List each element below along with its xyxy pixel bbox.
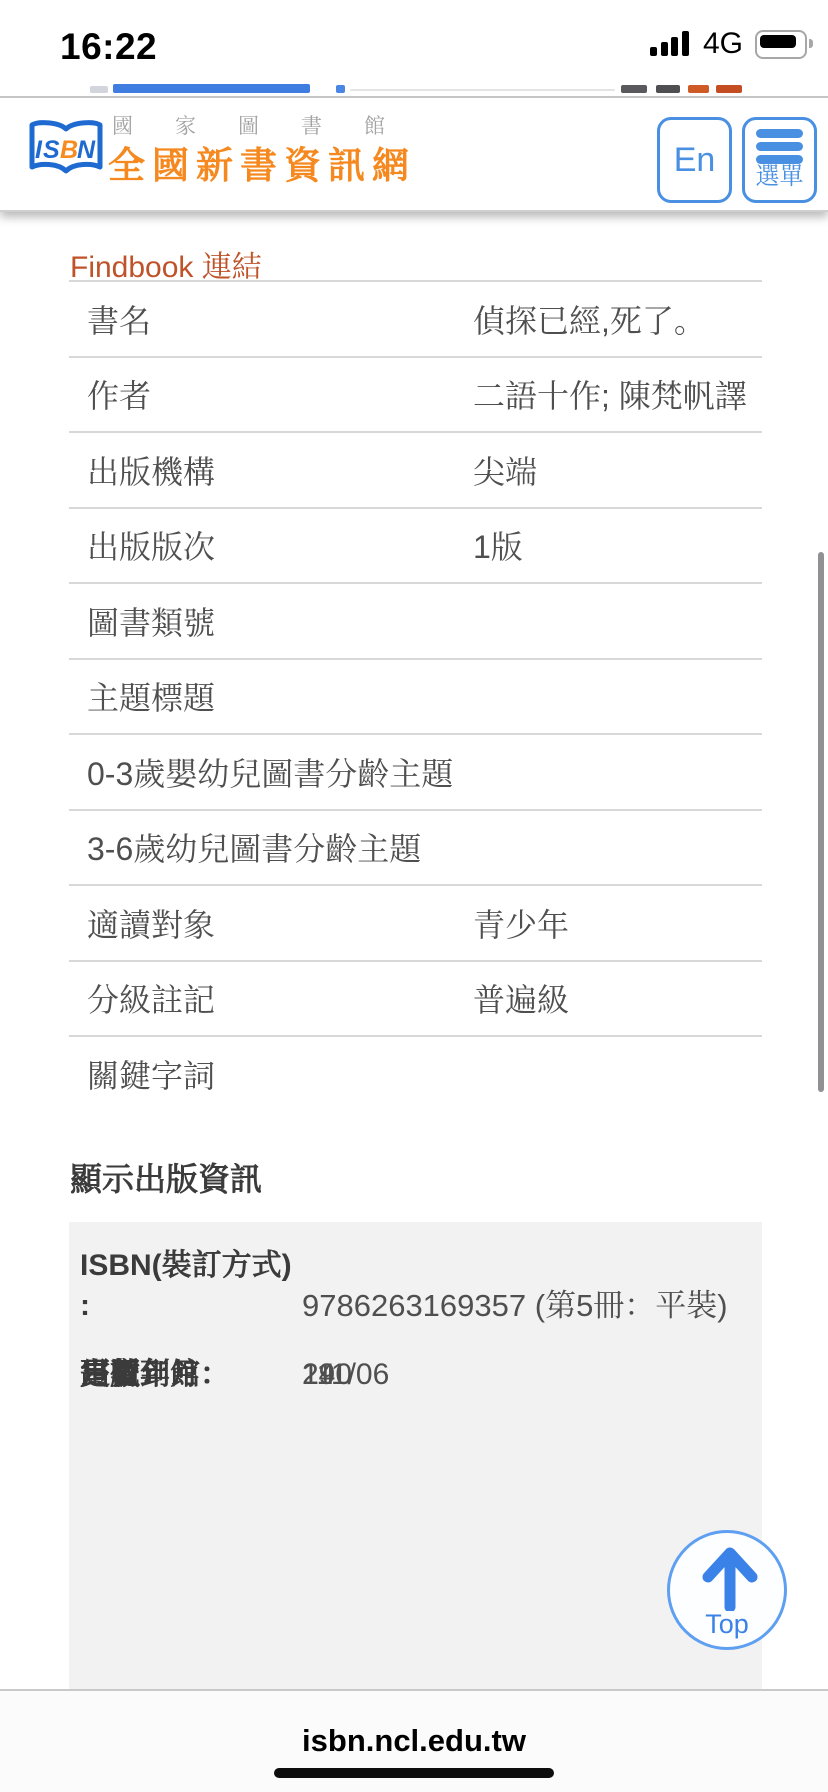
table-row-publisher: 出版機構 尖端 [69, 433, 762, 509]
clipped-link-fragment [113, 84, 310, 93]
book-detail-table: 書名 偵探已經,死了。 作者 二語十作; 陳梵帆譯 出版機構 尖端 出版版次 1… [69, 280, 762, 1111]
row-value: 普遍級 [473, 975, 569, 1021]
table-row-age-3-6: 3-6歲幼兒圖書分齡主題 [69, 811, 762, 887]
scrollbar-thumb[interactable] [818, 552, 824, 1092]
clipped-fragment [688, 85, 709, 93]
clipped-fragment [350, 89, 615, 91]
row-label: 出版機構 [87, 447, 215, 493]
table-row-rating: 分級註記 普遍級 [69, 962, 762, 1038]
table-row-subject: 主題標題 [69, 660, 762, 736]
site-title[interactable]: 全國新書資訊網 [108, 135, 416, 189]
table-row-edition: 出版版次 1版 [69, 509, 762, 585]
home-indicator[interactable] [274, 1768, 554, 1778]
row-label: 作者 [87, 371, 151, 417]
row-label: ISBN(裝訂方式) [80, 1246, 762, 1286]
row-value: 偵探已經,死了。 [473, 296, 706, 342]
clipped-fragment [716, 85, 742, 93]
menu-button-label: 選單 [745, 156, 814, 191]
battery-icon [755, 30, 807, 59]
publication-info-heading: 顯示出版資訊 [70, 1154, 262, 1200]
divider [0, 96, 828, 98]
table-row-author: 作者 二語十作; 陳梵帆譯 [69, 358, 762, 434]
row-label: 主題標題 [87, 673, 215, 719]
row-label: 書名 [87, 296, 151, 342]
row-value: 二語十作; 陳梵帆譯 [473, 371, 747, 417]
table-row-keywords: 關鍵字詞 [69, 1037, 762, 1111]
row-label: 圖書類號 [87, 598, 215, 644]
network-type-label: 4G [703, 27, 743, 61]
clipped-fragment [656, 85, 680, 93]
table-row-class-number: 圖書類號 [69, 584, 762, 660]
top-button-label: Top [670, 1609, 784, 1640]
site-header: I S B N 國家圖書館 全國新書資訊網 En 選單 [0, 97, 828, 212]
table-row-title: 書名 偵探已經,死了。 [69, 282, 762, 358]
url-address-label[interactable]: isbn.ncl.edu.tw [0, 1723, 828, 1759]
row-value: 111/06 [302, 1353, 389, 1397]
back-to-top-button[interactable]: Top [667, 1530, 787, 1650]
row-label: 0-3歲嬰幼兒圖書分齡主題 [87, 749, 453, 795]
clipped-fragment [621, 85, 647, 93]
row-label: 適讀對象 [87, 900, 215, 946]
status-bar: 16:22 4G [0, 0, 828, 85]
row-value: 9786263169357 (第5冊：平裝) [302, 1286, 728, 1326]
clipped-scrolled-content [0, 83, 828, 97]
row-label: 關鍵字詞 [87, 1051, 215, 1097]
table-row-age-0-3: 0-3歲嬰幼兒圖書分齡主題 [69, 735, 762, 811]
browser-bottom-bar: isbn.ncl.edu.tw [0, 1689, 828, 1792]
english-language-button[interactable]: En [657, 117, 732, 203]
row-label: 出版版次 [87, 522, 215, 568]
row-value: 尖端 [473, 447, 537, 493]
clipped-fragment [90, 86, 108, 93]
clock: 16:22 [60, 26, 157, 68]
publication-info-box: ISBN(裝訂方式) : 9786263169357 (第5冊：平裝) 頁數： … [69, 1222, 762, 1710]
hamburger-icon [756, 129, 803, 138]
svg-text:I: I [35, 136, 43, 164]
row-label: 3-6歲幼兒圖書分齡主題 [87, 824, 421, 870]
isbn-book-logo-icon[interactable]: I S B N [28, 120, 104, 176]
hamburger-icon [756, 142, 803, 151]
table-row-audience: 適讀對象 青少年 [69, 886, 762, 962]
publication-row-isbn: ISBN(裝訂方式) : 9786263169357 (第5冊：平裝) [80, 1246, 762, 1326]
clipped-fragment [336, 85, 345, 93]
svg-text:B: B [60, 136, 78, 164]
svg-text:N: N [77, 136, 96, 164]
svg-text:S: S [43, 136, 60, 164]
iphone-screen: 16:22 4G I S B N 國家圖書館 全國新書資訊網 En [0, 0, 828, 1792]
row-value: 1版 [473, 522, 523, 568]
menu-button[interactable]: 選單 [742, 117, 817, 203]
row-label: 是否到館： [80, 1353, 230, 1397]
signal-strength-icon [650, 30, 694, 56]
arrow-up-icon [700, 1545, 760, 1611]
row-value: 青少年 [473, 900, 569, 946]
row-label: 分級註記 [87, 975, 215, 1021]
